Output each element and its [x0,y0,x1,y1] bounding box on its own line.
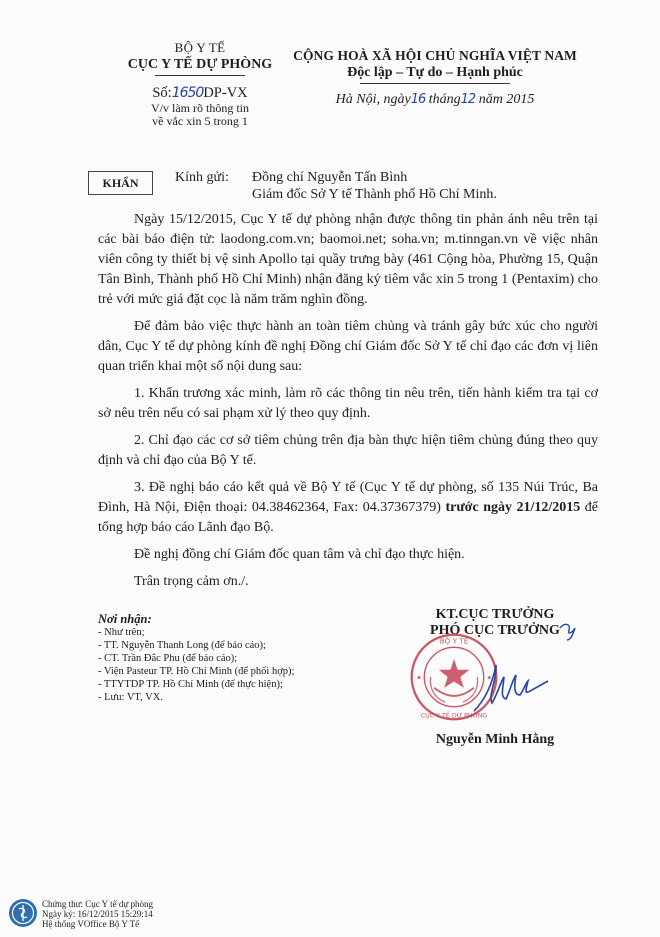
ministry-logo-icon [8,898,38,928]
system-name: Hệ thống VOffice Bộ Y Tế [42,919,153,929]
paragraph-request: Để đảm bảo việc thực hành an toàn tiêm c… [98,317,598,377]
deadline: trước ngày 21/12/2015 [445,500,580,515]
document-number: Số:1650DP-VX [85,84,315,102]
request-item-2: 2. Chỉ đạo các cơ sở tiêm chủng trên địa… [98,431,598,471]
distribution-item: - Lưu: VT, VX. [98,691,398,704]
handwritten-month: 12 [461,92,476,107]
national-header: CỘNG HOÀ XÃ HỘI CHỦ NGHĨA VIỆT NAM Độc l… [285,48,585,108]
distribution-item: - TT. Nguyễn Thanh Long (để báo cáo); [98,639,398,652]
request-item-3: 3. Đề nghị báo cáo kết quả về Bộ Y tế (C… [98,478,598,538]
signing-date: Ngày ký: 16/12/2015 15:29:14 [42,909,153,919]
recipient-label: Kính gửi: [175,170,229,186]
ministry-name: BỘ Y TẾ [85,40,315,56]
certificate-issuer: Chứng thư: Cục Y tế dự phòng [42,899,153,909]
svg-text:BỘ Y TẾ: BỘ Y TẾ [440,636,469,646]
closing-request: Đề nghị đồng chí Giám đốc quan tâm và ch… [98,545,598,565]
recipient-title: Giám đốc Sở Y tế Thành phố Hồ Chí Minh. [252,187,497,204]
handwritten-number: 1650 [172,85,204,101]
paragraph-incident: Ngày 15/12/2015, Cục Y tế dự phòng nhận … [98,210,598,310]
country-name: CỘNG HOÀ XÃ HỘI CHỦ NGHĨA VIỆT NAM [285,48,585,64]
distribution-title: Nơi nhận: [98,612,398,626]
document-date: Hà Nội, ngày16 tháng12 năm 2015 [285,92,585,108]
certificate-info: Chứng thư: Cục Y tế dự phòng Ngày ký: 16… [42,899,153,929]
distribution-item: - CT. Trần Đắc Phu (để báo cáo); [98,652,398,665]
national-motto: Độc lập – Tự do – Hạnh phúc [285,64,585,81]
closing-thanks: Trân trọng cảm ơn./. [98,572,598,592]
distribution-item: - Viện Pasteur TP. Hồ Chí Minh (để phối … [98,665,398,678]
svg-text:★: ★ [416,675,422,682]
letter-body: Ngày 15/12/2015, Cục Y tế dự phòng nhận … [98,210,598,599]
recipient-name: Đồng chí Nguyễn Tấn Bình [252,170,497,187]
urgent-badge: KHẨN [88,171,153,195]
motto-underline [360,83,510,84]
handwritten-signature-icon [470,655,550,715]
distribution-list: Nơi nhận: - Như trên; - TT. Nguyễn Thanh… [98,612,398,704]
handwritten-day: 16 [411,92,426,107]
distribution-item: - TTYTDP TP. Hồ Chí Minh (để thực hiện); [98,678,398,691]
signer-name: Nguyễn Minh Hằng [395,732,595,748]
recipient-address: Đồng chí Nguyễn Tấn Bình Giám đốc Sở Y t… [252,170,497,203]
initials-icon [557,620,579,642]
subject-line-2: về vắc xin 5 trong 1 [85,115,315,128]
signature-block: KT.CỤC TRƯỞNG PHÓ CỤC TRƯỞNG BỘ Y TẾ ★ ★… [395,607,595,639]
department-name: CỤC Y TẾ DỰ PHÒNG [85,56,315,73]
issuer-header: BỘ Y TẾ CỤC Y TẾ DỰ PHÒNG Số:1650DP-VX V… [85,40,315,128]
header-divider [155,75,245,76]
distribution-item: - Như trên; [98,626,398,639]
request-item-1: 1. Khẩn trương xác minh, làm rõ các thôn… [98,384,598,424]
